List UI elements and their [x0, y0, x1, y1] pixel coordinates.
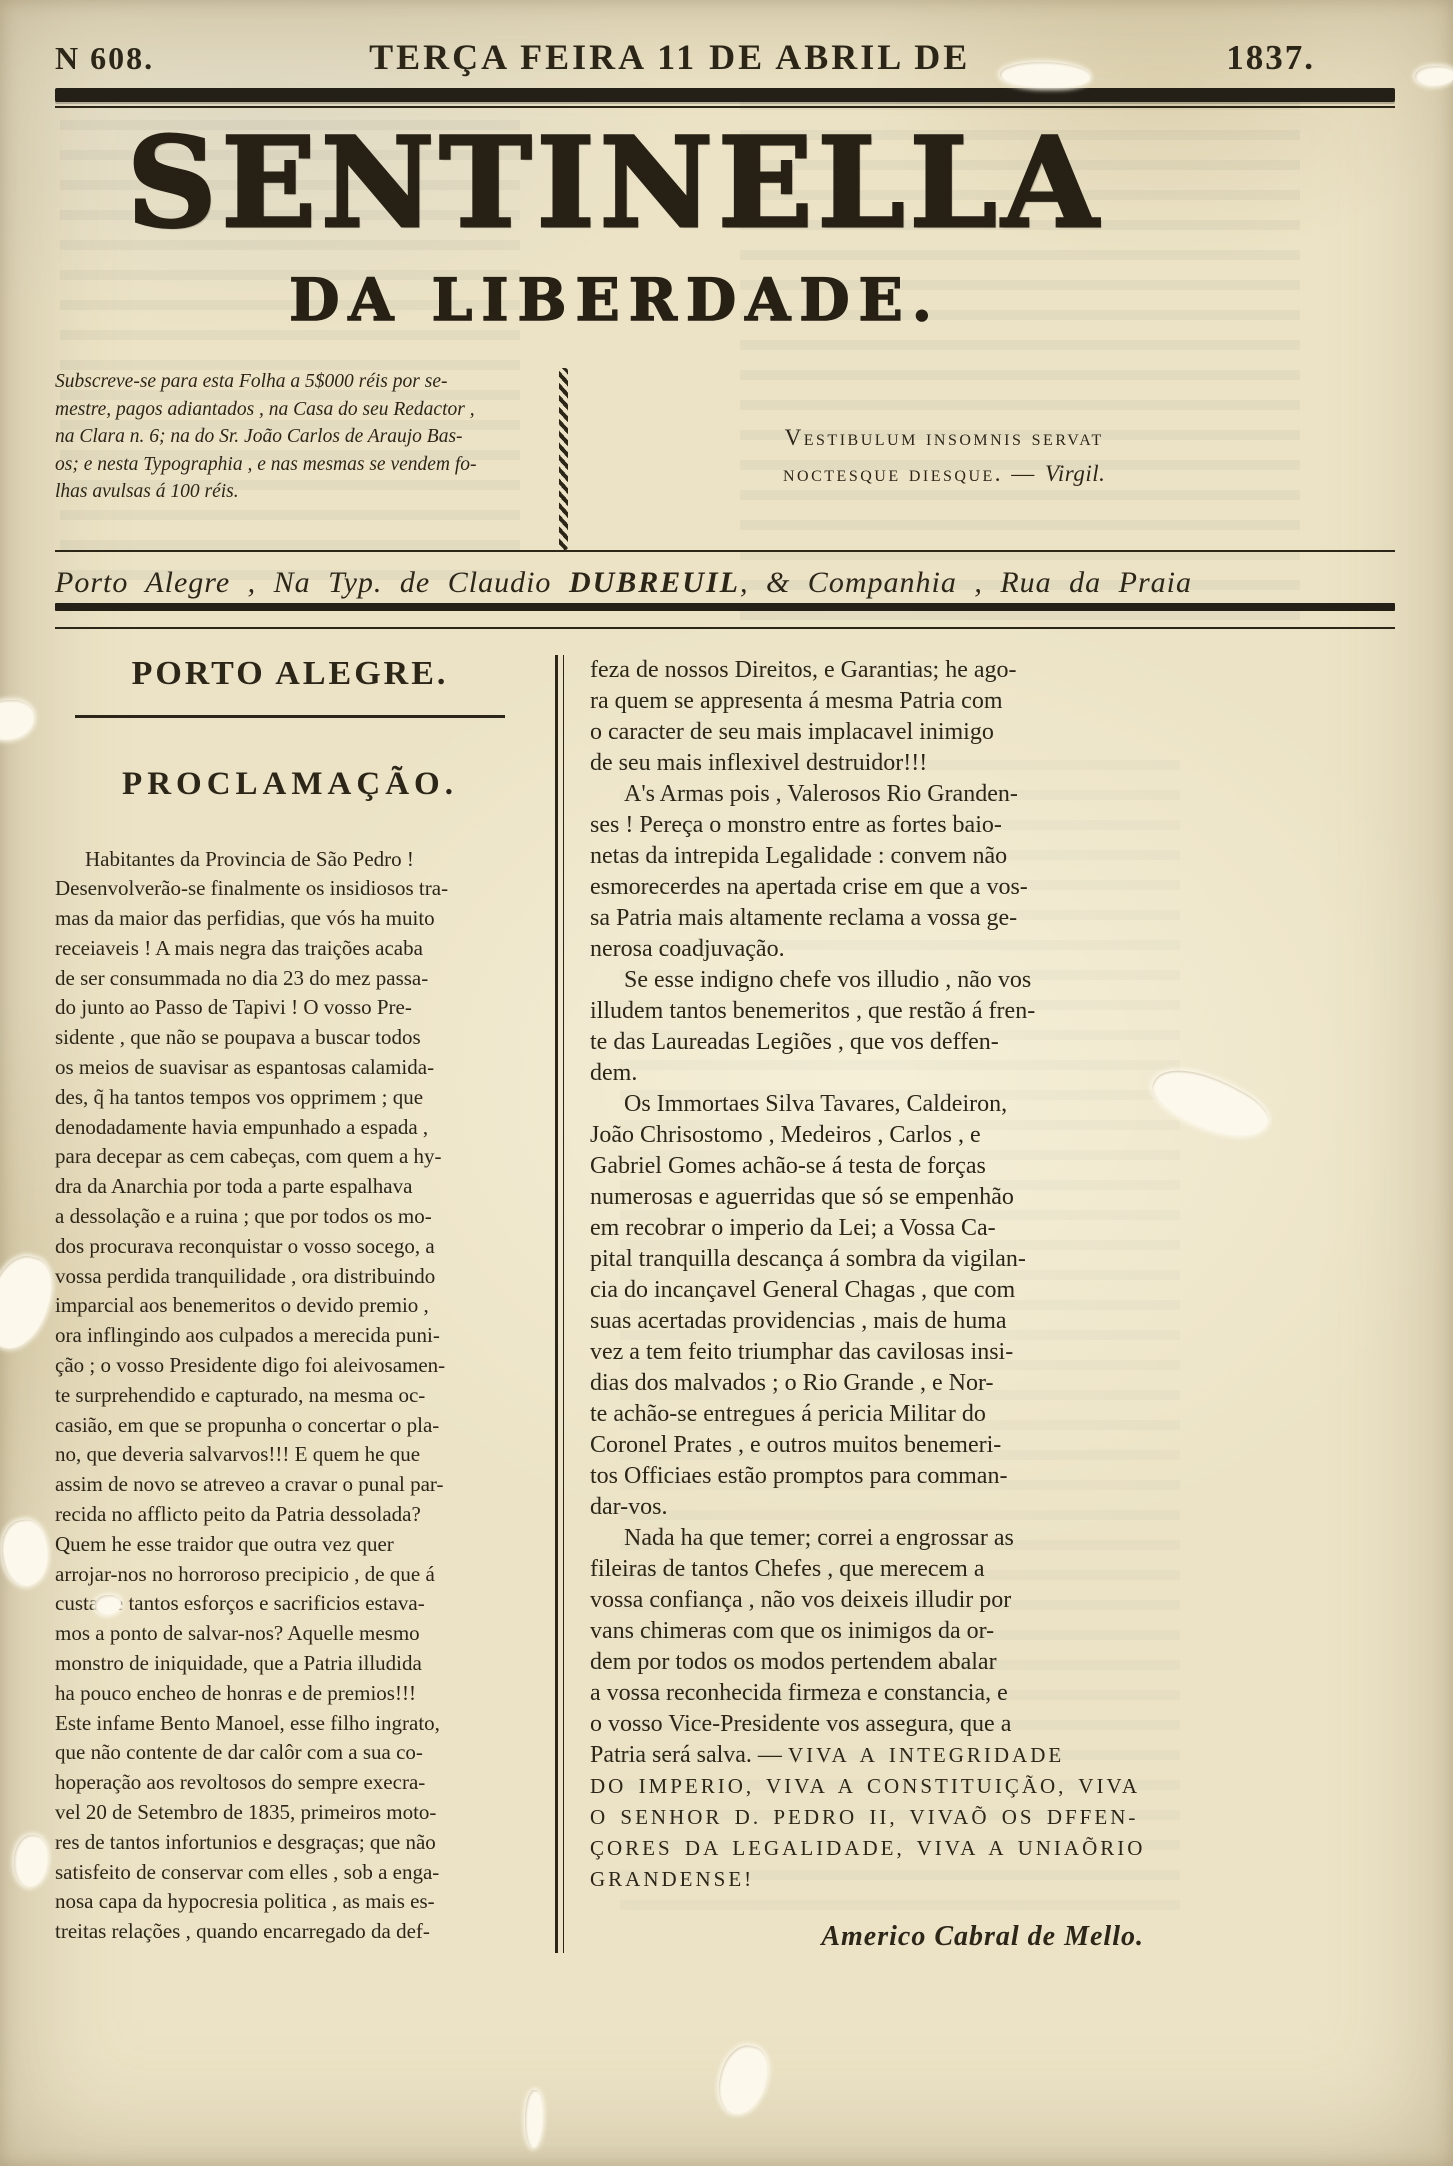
squiggle-divider: [559, 368, 568, 550]
masthead-block: SENTINELLA DA LIBERDADE.: [55, 122, 1175, 334]
proclamation-body-left: Habitantes da Provincia de São Pedro ! D…: [55, 845, 525, 1947]
newspaper-subtitle: DA LIBERDADE.: [55, 266, 1175, 334]
info-row: Subscreve-se para esta Folha a 5$000 réi…: [55, 368, 1395, 550]
proclamation-paragraph: Os Immortaes Silva Tavares, Caldeiron, J…: [590, 1089, 1178, 1523]
imprint-bottom-thin-rule: [55, 627, 1395, 629]
proclamation-paragraph: feza de nossos Direitos, e Garantias; he…: [590, 655, 1178, 779]
paper-stain: [0, 700, 34, 740]
proclamation-paragraph-vivas: Nada ha que temer; correi a engrossar as…: [590, 1523, 1178, 1895]
imprint-top-rule: [55, 550, 1395, 552]
section-heading: PORTO ALEGRE.: [55, 655, 525, 693]
header-thin-rule: [55, 106, 1395, 108]
imprint-pre: Porto Alegre , Na Typ. de Claudio: [55, 566, 569, 599]
right-column: feza de nossos Direitos, e Garantias; he…: [590, 655, 1178, 1953]
year-text: 1837.: [1226, 38, 1315, 78]
paper-stain: [0, 1249, 59, 1356]
newspaper-page: N 608. TERÇA FEIRA 11 DE ABRIL DE 1837. …: [0, 0, 1453, 2166]
paper-stain: [713, 2041, 773, 2119]
paper-stain: [0, 1517, 53, 1590]
article-columns: PORTO ALEGRE. PROCLAMAÇÃO. Habitantes da…: [55, 655, 1395, 1953]
issue-number: N 608.: [55, 40, 154, 77]
date-text: TERÇA FEIRA 11 DE ABRIL DE: [369, 36, 970, 78]
imprint-line: Porto Alegre , Na Typ. de Claudio DUBREU…: [55, 566, 1395, 600]
article-heading: PROCLAMAÇÃO.: [55, 766, 525, 803]
printer-name: DUBREUIL: [569, 566, 740, 599]
paper-stain: [525, 2090, 543, 2148]
newspaper-title: SENTINELLA: [55, 122, 1175, 246]
paper-stain: [14, 1835, 48, 1887]
dateline: N 608. TERÇA FEIRA 11 DE ABRIL DE 1837.: [55, 36, 1395, 78]
left-column: PORTO ALEGRE. PROCLAMAÇÃO. Habitantes da…: [55, 655, 525, 1953]
printed-area: N 608. TERÇA FEIRA 11 DE ABRIL DE 1837. …: [55, 36, 1395, 1953]
epigraph-line1: Vestibulum insomnis servat: [785, 425, 1104, 450]
subscription-notice: Subscreve-se para esta Folha a 5$000 réi…: [55, 368, 547, 550]
section-heading-rule: [75, 715, 505, 718]
epigraph: Vestibulum insomnis servat noctesque die…: [783, 420, 1105, 550]
epigraph-line2: noctesque diesque. —: [783, 461, 1045, 486]
imprint-post: , & Companhia , Rua da Praia: [740, 566, 1192, 599]
author-signature: Americo Cabral de Mello.: [590, 1921, 1178, 1953]
epigraph-attribution: Virgil.: [1045, 461, 1105, 486]
paragraph-text: Nada ha que temer; correi a engrossar as…: [590, 1525, 1014, 1768]
paper-stain: [1415, 66, 1453, 86]
proclamation-paragraph: A's Armas pois , Valerosos Rio Granden- …: [590, 779, 1178, 965]
proclamation-paragraph: Se esse indigno chefe vos illudio , não …: [590, 965, 1178, 1089]
column-divider-rule: [555, 655, 564, 1953]
header-thick-rule: [55, 88, 1395, 102]
imprint-bottom-thick-rule: [55, 603, 1395, 611]
paper-stain: [1000, 62, 1090, 88]
